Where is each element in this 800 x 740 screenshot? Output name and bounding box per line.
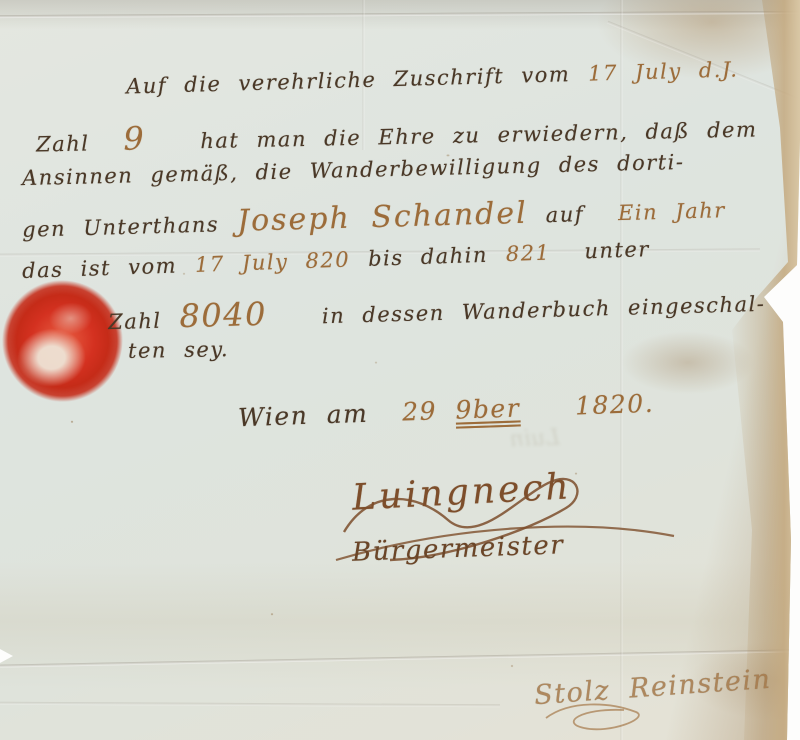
wax-seal	[0, 276, 127, 406]
fold-crease-lower	[0, 649, 790, 667]
line5-date-from: 17 July 820	[195, 248, 351, 277]
letter-line-7: ten sey.	[128, 337, 229, 363]
letter-line-6: Zahl8040in dessen Wanderbuch eingeschal-	[108, 281, 766, 337]
letter-line-1: Auf die verehrliche Zuschrift vom17 July…	[126, 57, 739, 98]
date-line: Wien am29 9ber1820.	[238, 389, 655, 433]
line6-zahl-label: Zahl	[108, 309, 162, 334]
line6-register-number: 8040	[179, 295, 267, 335]
line4-text-a: gen Unterthans	[22, 212, 220, 241]
fold-crease-top	[0, 11, 800, 18]
scanned-letter-page: Luin Auf die verehrliche Zuschrift vom17…	[0, 0, 800, 740]
line4-text-b: auf	[545, 202, 584, 227]
line6-text: in dessen Wanderbuch eingeschal-	[322, 292, 766, 328]
line7-text: ten sey.	[128, 337, 229, 363]
line1-date-ref: 17 July d.J.	[588, 57, 739, 85]
line5-text-b: bis dahin	[368, 243, 489, 271]
docket-flourish	[540, 698, 670, 738]
date-day: 29	[402, 396, 438, 426]
date-place: Wien am	[238, 399, 369, 433]
line5-date-to: 821	[505, 241, 550, 267]
line4-duration: Ein Jahr	[618, 198, 726, 225]
date-year: 1820.	[575, 389, 655, 421]
line2-text: hat man die Ehre zu erwiedern, daß dem	[200, 117, 758, 153]
fold-crease-bottom	[0, 702, 500, 708]
letter-line-5: das ist vom17 July 820bis dahin821unter	[22, 237, 651, 283]
date-month: 9ber	[455, 393, 521, 424]
line2-reference-number: 9	[123, 119, 146, 157]
line5-text-c: unter	[584, 237, 650, 263]
letter-paper: Luin Auf die verehrliche Zuschrift vom17…	[0, 0, 800, 740]
line4-person-name: Joseph Schandel	[237, 196, 529, 239]
line1-text: Auf die verehrliche Zuschrift vom	[126, 62, 571, 98]
letter-line-4: gen UnterthansJoseph SchandelaufEin Jahr	[22, 190, 727, 245]
line5-text-a: das ist vom	[22, 254, 178, 283]
line2-zahl-label: Zahl	[36, 131, 90, 156]
